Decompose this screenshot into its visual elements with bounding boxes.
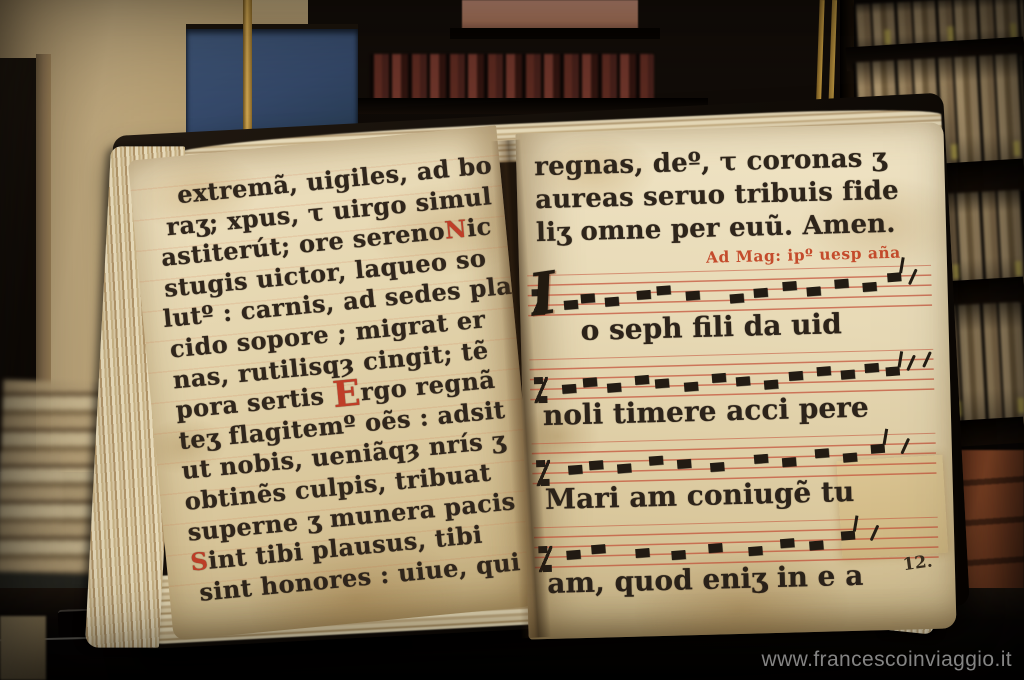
chant-lyric-line: am, quod eniʒ in e a (547, 559, 864, 600)
right-page: regnas, deº, τ coronas ʒ aureas seruo tr… (515, 122, 956, 639)
wall-corner-strip (250, 0, 308, 27)
neume-note (809, 541, 824, 551)
neume-note (730, 293, 745, 303)
neume-note (649, 456, 664, 466)
neume-note (566, 550, 581, 560)
library-manuscript-photo: extremã, uigiles, ad bo raʒ; xpus, τ uir… (0, 0, 1024, 680)
neume-note (814, 449, 829, 459)
left-page-text-block: extremã, uigiles, ad bo raʒ; xpus, τ uir… (128, 125, 540, 611)
neume-note (685, 291, 700, 301)
watermark-url: www.francescoinviaggio.it (762, 648, 1012, 672)
shelf-edge (450, 28, 660, 39)
neume-note (677, 459, 692, 469)
neume-note (816, 366, 831, 376)
neume-note (841, 531, 856, 541)
neume-note (635, 375, 650, 385)
neume-note (871, 444, 886, 454)
neume-note (906, 355, 916, 372)
music-system: am, quod eniʒ in e a (534, 515, 946, 610)
neume-note (591, 545, 606, 555)
neume-note (887, 272, 902, 282)
text-segment: noli timere acci pere (542, 391, 869, 433)
text-segment: Mari am coniugẽ tu (545, 475, 855, 516)
neume-note (564, 299, 579, 309)
neume-note (562, 383, 577, 393)
text-segment: ic (466, 212, 493, 243)
neume-note (843, 452, 858, 462)
neume-note (710, 462, 725, 472)
neume-note (607, 382, 622, 392)
music-system: I o seph fili da uid (527, 263, 939, 358)
neume-note (711, 373, 726, 383)
neume-note (683, 381, 698, 391)
neume-note (708, 543, 723, 553)
neume-note (617, 463, 632, 473)
neume-note (568, 465, 583, 475)
neume-note (900, 437, 910, 454)
red-initial-letter: N (443, 214, 468, 245)
left-page: extremã, uigiles, ad bo raʒ; xpus, τ uir… (128, 125, 542, 640)
neume-note (788, 371, 803, 381)
neume-note (834, 278, 849, 288)
chant-notation-block: I o seph fili da uid noli timere acci pe… (519, 262, 956, 609)
right-page-text-block: regnas, deº, τ coronas ʒ aureas seruo tr… (515, 122, 946, 271)
neume-note (582, 378, 597, 388)
neume-note (672, 550, 687, 560)
music-system: Mari am coniugẽ tu (532, 431, 944, 526)
neume-note (588, 460, 603, 470)
neume-note (657, 286, 672, 296)
text-segment: o seph fili da uid (580, 307, 842, 347)
neume-note (604, 297, 619, 307)
neume-note (782, 281, 797, 291)
neume-note (780, 538, 795, 548)
salmon-book-on-top-shelf (462, 0, 638, 30)
text-segment: am, quod eniʒ in e a (547, 559, 864, 600)
chant-lyric-line: o seph fili da uid (580, 307, 842, 347)
neume-note (863, 282, 878, 292)
neume-note (885, 366, 900, 376)
neume-note (635, 548, 650, 558)
neume-note (870, 525, 880, 542)
neume-note (841, 370, 856, 380)
neume-note (754, 454, 769, 464)
neume-note (908, 268, 918, 285)
neume-note (782, 457, 797, 467)
neume-note (865, 363, 880, 373)
neume-note (655, 378, 670, 388)
chant-lyric-line: noli timere acci pere (542, 391, 869, 433)
neume-note (748, 546, 763, 556)
neume-note (580, 294, 595, 304)
open-manuscript-book: extremã, uigiles, ad bo raʒ; xpus, τ uir… (70, 88, 960, 648)
chant-lyric-line: Mari am coniugẽ tu (545, 475, 855, 516)
neume-note (736, 376, 751, 386)
neume-note (922, 351, 932, 368)
neume-note (636, 290, 651, 300)
neume-note (764, 379, 779, 389)
neume-note (754, 287, 769, 297)
neume-note (806, 286, 821, 296)
music-system: noli timere acci pere (529, 347, 941, 442)
table-corner (0, 616, 46, 680)
folio-number: 12. (902, 551, 934, 575)
